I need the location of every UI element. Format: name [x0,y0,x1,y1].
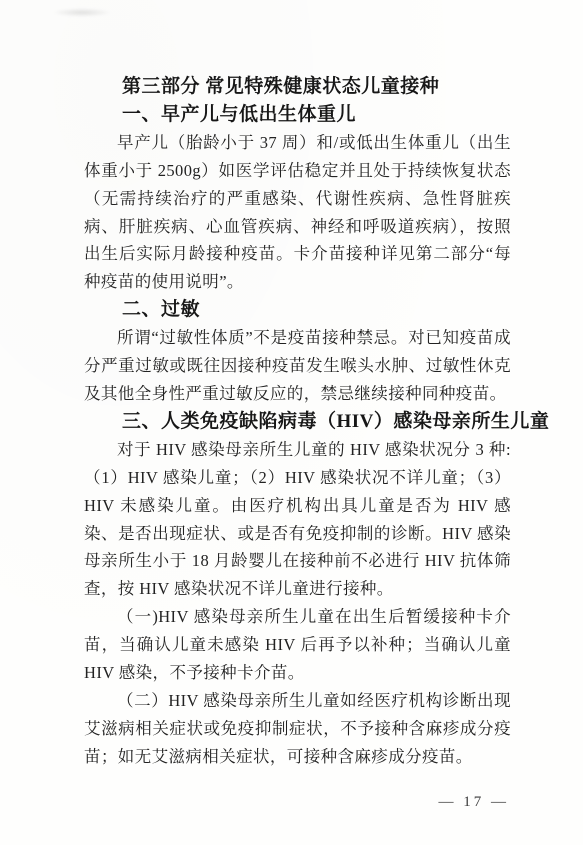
section-heading-allergy: 二、过敏 [84,296,511,324]
page-number: — 17 — [439,793,510,811]
section-heading-hiv: 三、人类免疫缺陷病毒（HIV）感染母亲所生儿童 [84,408,511,436]
paragraph-allergy: 所谓“过敏性体质”不是疫苗接种禁忌。对已知疫苗成分严重过敏或既往因接种疫苗发生喉… [84,324,511,408]
page-number-text: — 17 — [439,794,510,810]
document-page: 第三部分 常见特殊健康状态儿童接种 一、早产儿与低出生体重儿 早产儿（胎龄小于 … [0,0,583,845]
scan-artifact [52,8,112,17]
paragraph-hiv-overview: 对于 HIV 感染母亲所生儿童的 HIV 感染状况分 3 种:（1）HIV 感染… [84,436,511,603]
paragraph-preterm: 早产儿（胎龄小于 37 周）和/或低出生体重儿（出生体重小于 2500g）如医学… [84,129,511,296]
paragraph-hiv-measles: （二）HIV 感染母亲所生儿童如经医疗机构诊断出现艾滋病相关症状或免疫抑制症状，… [84,687,511,771]
paragraph-hiv-bcg: （一)HIV 感染母亲所生儿童在出生后暂缓接种卡介苗，当确认儿童未感染 HIV … [84,603,511,687]
page-content: 第三部分 常见特殊健康状态儿童接种 一、早产儿与低出生体重儿 早产儿（胎龄小于 … [84,73,511,771]
part-title: 第三部分 常见特殊健康状态儿童接种 [84,73,511,101]
section-heading-preterm: 一、早产儿与低出生体重儿 [84,101,511,129]
